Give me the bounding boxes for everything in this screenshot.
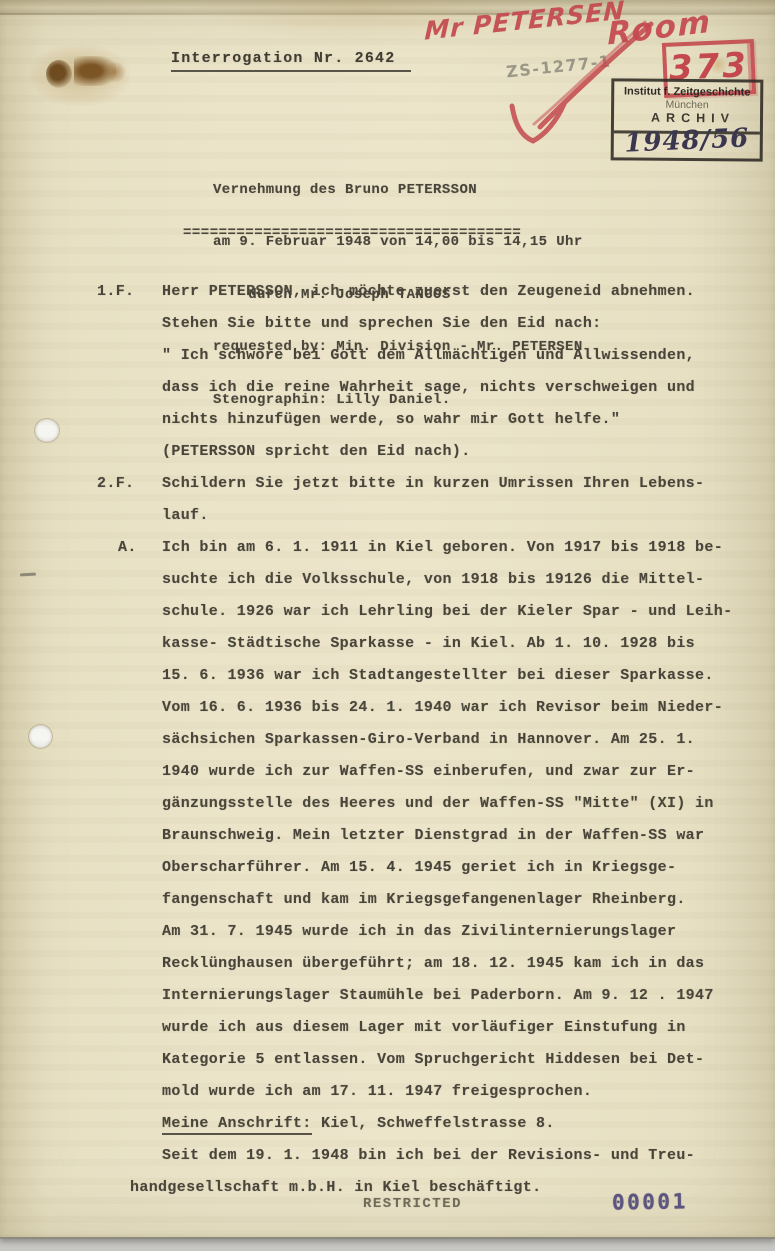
line-text: Schildern Sie jetzt bitte in kurzen Umri… [162, 475, 704, 492]
line-text: Meine Anschrift: Kiel, Schweffelstrasse … [162, 1115, 555, 1132]
line-text: nichts hinzufügen werde, so wahr mir Got… [162, 411, 620, 428]
line-text: Kategorie 5 entlassen. Vom Spruchgericht… [162, 1051, 704, 1068]
header-line: Vernehmung des Bruno PETERSSON [213, 182, 583, 198]
line-text: " Ich schwöre bei Gott dem Allmächtigen … [162, 347, 695, 364]
document-line: lauf. [0, 507, 775, 539]
document-line: Seit dem 19. 1. 1948 bin ich bei der Rev… [0, 1147, 775, 1179]
line-text: fangenschaft und kam im Kriegsgefangenen… [162, 891, 686, 908]
line-text: Oberscharführer. Am 15. 4. 1945 geriet i… [162, 859, 676, 876]
document-line: 2.F.Schildern Sie jetzt bitte in kurzen … [0, 475, 775, 507]
document-line: Oberscharführer. Am 15. 4. 1945 geriet i… [0, 859, 775, 891]
line-text: 15. 6. 1936 war ich Stadtangestellter be… [162, 667, 714, 684]
document-line: Stehen Sie bitte und sprechen Sie den Ei… [0, 315, 775, 347]
scanned-document: Interrogation Nr. 2642 Vernehmung des Br… [0, 0, 775, 1251]
line-text: 1940 wurde ich zur Waffen-SS einberufen,… [162, 763, 695, 780]
document-line: Am 31. 7. 1945 wurde ich in das Zivilint… [0, 923, 775, 955]
document-line: suchte ich die Volksschule, von 1918 bis… [0, 571, 775, 603]
line-text: wurde ich aus diesem Lager mit vorläufig… [162, 1019, 686, 1036]
document-line: A.Ich bin am 6. 1. 1911 in Kiel geboren.… [0, 539, 775, 571]
document-line: nichts hinzufügen werde, so wahr mir Got… [0, 411, 775, 443]
line-text: Herr PETERSSON, ich möchte zuerst den Ze… [162, 283, 695, 300]
document-line: Kategorie 5 entlassen. Vom Spruchgericht… [0, 1051, 775, 1083]
archive-stamp-number: 1948/56 [613, 123, 760, 159]
qa-label: A. [118, 539, 137, 556]
document-line: Braunschweig. Mein letzter Dienstgrad in… [0, 827, 775, 859]
line-text: schule. 1926 war ich Lehrling bei der Ki… [162, 603, 732, 620]
qa-label: 2.F. [97, 475, 134, 492]
document-line: Internierungslager Staumühle bei Paderbo… [0, 987, 775, 1019]
document-line: schule. 1926 war ich Lehrling bei der Ki… [0, 603, 775, 635]
document-line: Vom 16. 6. 1936 bis 24. 1. 1940 war ich … [0, 699, 775, 731]
line-text: Seit dem 19. 1. 1948 bin ich bei der Rev… [162, 1147, 695, 1164]
document-line: 15. 6. 1936 war ich Stadtangestellter be… [0, 667, 775, 699]
line-text: (PETERSSON spricht den Eid nach). [162, 443, 471, 460]
line-text: lauf. [162, 507, 209, 524]
line-text: Stehen Sie bitte und sprechen Sie den Ei… [162, 315, 602, 332]
line-text: kasse- Städtische Sparkasse - in Kiel. A… [162, 635, 695, 652]
page-number-stamp: 00001 [612, 1189, 688, 1214]
document-line: mold wurde ich am 17. 11. 1947 freigespr… [0, 1083, 775, 1115]
rust-stain [104, 62, 126, 82]
document-line: (PETERSSON spricht den Eid nach). [0, 443, 775, 475]
rust-stain [46, 60, 72, 88]
header-separator: ====================================== [183, 225, 521, 241]
line-text: dass ich die reine Wahrheit sage, nichts… [162, 379, 695, 396]
underlined-text: Meine Anschrift: [162, 1115, 312, 1135]
classification-stamp: RESTRICTED [363, 1196, 462, 1212]
document-line: gänzungsstelle des Heeres und der Waffen… [0, 795, 775, 827]
line-text: mold wurde ich am 17. 11. 1947 freigespr… [162, 1083, 592, 1100]
document-line: kasse- Städtische Sparkasse - in Kiel. A… [0, 635, 775, 667]
document-line: dass ich die reine Wahrheit sage, nichts… [0, 379, 775, 411]
document-line: Meine Anschrift: Kiel, Schweffelstrasse … [0, 1115, 775, 1147]
document-line: sächsichen Sparkassen-Giro-Verband in Ha… [0, 731, 775, 763]
archive-stamp-institute: Institut f. Zeitgeschichte [614, 85, 760, 98]
line-text: Ich bin am 6. 1. 1911 in Kiel geboren. V… [162, 539, 723, 556]
document-line: 1.F.Herr PETERSSON, ich möchte zuerst de… [0, 283, 775, 315]
document-line: fangenschaft und kam im Kriegsgefangenen… [0, 891, 775, 923]
document-line: " Ich schwöre bei Gott dem Allmächtigen … [0, 347, 775, 379]
line-text: gänzungsstelle des Heeres und der Waffen… [162, 795, 714, 812]
line-text: handgesellschaft m.b.H. in Kiel beschäft… [130, 1179, 541, 1196]
line-text: Braunschweig. Mein letzter Dienstgrad in… [162, 827, 704, 844]
archive-stamp: Institut f. Zeitgeschichte München ARCHI… [611, 78, 764, 161]
line-text: Vom 16. 6. 1936 bis 24. 1. 1940 war ich … [162, 699, 723, 716]
paper-page: Interrogation Nr. 2642 Vernehmung des Br… [0, 0, 775, 1239]
line-text: Am 31. 7. 1945 wurde ich in das Zivilint… [162, 923, 676, 940]
document-line: 1940 wurde ich zur Waffen-SS einberufen,… [0, 763, 775, 795]
pencil-reference-number: ZS-1277-1 [505, 52, 612, 82]
line-text: sächsichen Sparkassen-Giro-Verband in Ha… [162, 731, 695, 748]
qa-label: 1.F. [97, 283, 134, 300]
document-line: Recklünghausen übergeführt; am 18. 12. 1… [0, 955, 775, 987]
line-text: Recklünghausen übergeführt; am 18. 12. 1… [162, 955, 704, 972]
document-line: wurde ich aus diesem Lager mit vorläufig… [0, 1019, 775, 1051]
line-text: Internierungslager Staumühle bei Paderbo… [162, 987, 714, 1004]
document-title: Interrogation Nr. 2642 [171, 50, 411, 72]
line-text: suchte ich die Volksschule, von 1918 bis… [162, 571, 704, 588]
